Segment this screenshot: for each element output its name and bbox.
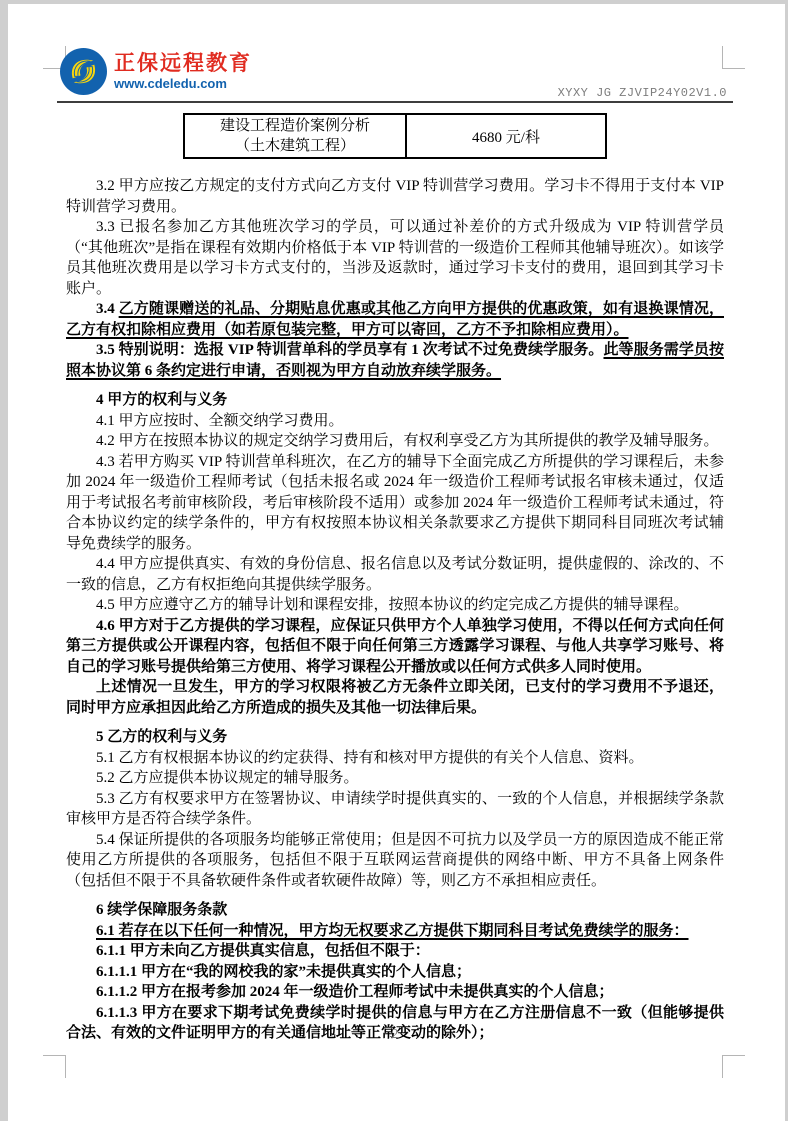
header-logo: 正保远程教育 www.cdeledu.com xyxy=(60,48,252,95)
course-price-table: 建设工程造价案例分析 （土木建筑工程） 4680 元/科 xyxy=(183,113,607,159)
clause-6-1-1-1: 6.1.1.1 甲方在“我的网校我的家”未提供真实的个人信息； xyxy=(66,962,724,983)
clause-5-3: 5.3 乙方有权要求甲方在签署协议、申请续学时提供真实的、一致的个人信息，并根据… xyxy=(66,789,724,830)
clause-5-1: 5.1 乙方有权根据本协议的约定获得、持有和核对甲方提供的有关个人信息、资料。 xyxy=(66,748,724,769)
header-rule xyxy=(57,101,733,103)
clause-4-2: 4.2 甲方在按照本协议的规定交纳学习费用后，有权利享受乙方为其所提供的教学及辅… xyxy=(66,431,724,452)
clause-4-6-consequence: 上述情况一旦发生，甲方的学习权限将被乙方无条件立即关闭，已支付的学习费用不予退还… xyxy=(66,677,724,718)
crop-mark-bottom-left xyxy=(43,1055,66,1078)
swirl-globe-icon xyxy=(60,48,107,95)
clause-6-1-1: 6.1.1 甲方未向乙方提供真实信息，包括但不限于： xyxy=(66,941,724,962)
brand-website: www.cdeledu.com xyxy=(114,76,252,91)
clause-4-6: 4.6 甲方对于乙方提供的学习课程，应保证只供甲方个人单独学习使用，不得以任何方… xyxy=(66,616,724,678)
clause-5-4: 5.4 保证所提供的各项服务均能够正常使用；但是因不可抗力以及学员一方的原因造成… xyxy=(66,830,724,892)
section-5-heading: 5 乙方的权利与义务 xyxy=(66,727,724,748)
clause-4-5: 4.5 甲方应遵守乙方的辅导计划和课程安排，按照本协议的约定完成乙方提供的辅导课… xyxy=(66,595,724,616)
section-4-heading: 4 甲方的权利与义务 xyxy=(66,390,724,411)
clause-4-3: 4.3 若甲方购买 VIP 特训营单科班次，在乙方的辅导下全面完成乙方所提供的学… xyxy=(66,452,724,555)
clause-3-5: 3.5 特别说明：选报 VIP 特训营单科的学员享有 1 次考试不过免费续学服务… xyxy=(66,340,724,381)
crop-mark-top-right xyxy=(722,46,745,69)
clause-3-3: 3.3 已报名参加乙方其他班次学习的学员，可以通过补差价的方式升级成为 VIP … xyxy=(66,217,724,299)
clause-4-1: 4.1 甲方应按时、全额交纳学习费用。 xyxy=(66,411,724,432)
clause-6-1-1-2: 6.1.1.2 甲方在报考参加 2024 年一级造价工程师考试中未提供真实的个人… xyxy=(66,982,724,1003)
contract-body: 3.2 甲方应按乙方规定的支付方式向乙方支付 VIP 特训营学习费用。学习卡不得… xyxy=(66,176,724,1044)
course-name-line1: 建设工程造价案例分析 xyxy=(220,116,370,136)
clause-3-4: 3.4 乙方随课赠送的礼品、分期贴息优惠或其他乙方向甲方提供的优惠政策，如有退换… xyxy=(66,299,724,340)
clause-6-1: 6.1 若存在以下任何一种情况，甲方均无权要求乙方提供下期同科目考试免费续学的服… xyxy=(66,921,724,942)
page-number: 2 xyxy=(66,1027,724,1043)
contract-page: 正保远程教育 www.cdeledu.com XYXY JG ZJVIP24Y0… xyxy=(8,4,785,1121)
crop-mark-bottom-right xyxy=(722,1055,745,1078)
course-price-cell: 4680 元/科 xyxy=(407,115,605,157)
course-name-cell: 建设工程造价案例分析 （土木建筑工程） xyxy=(185,115,407,157)
clause-4-4: 4.4 甲方应提供真实、有效的身份信息、报名信息以及考试分数证明，提供虚假的、涂… xyxy=(66,554,724,595)
document-code: XYXY JG ZJVIP24Y02V1.0 xyxy=(558,86,727,100)
clause-3-2: 3.2 甲方应按乙方规定的支付方式向乙方支付 VIP 特训营学习费用。学习卡不得… xyxy=(66,176,724,217)
brand-name: 正保远程教育 xyxy=(114,52,252,76)
section-6-heading: 6 续学保障服务条款 xyxy=(66,900,724,921)
clause-5-2: 5.2 乙方应提供本协议规定的辅导服务。 xyxy=(66,768,724,789)
course-name-line2: （土木建筑工程） xyxy=(235,136,355,156)
